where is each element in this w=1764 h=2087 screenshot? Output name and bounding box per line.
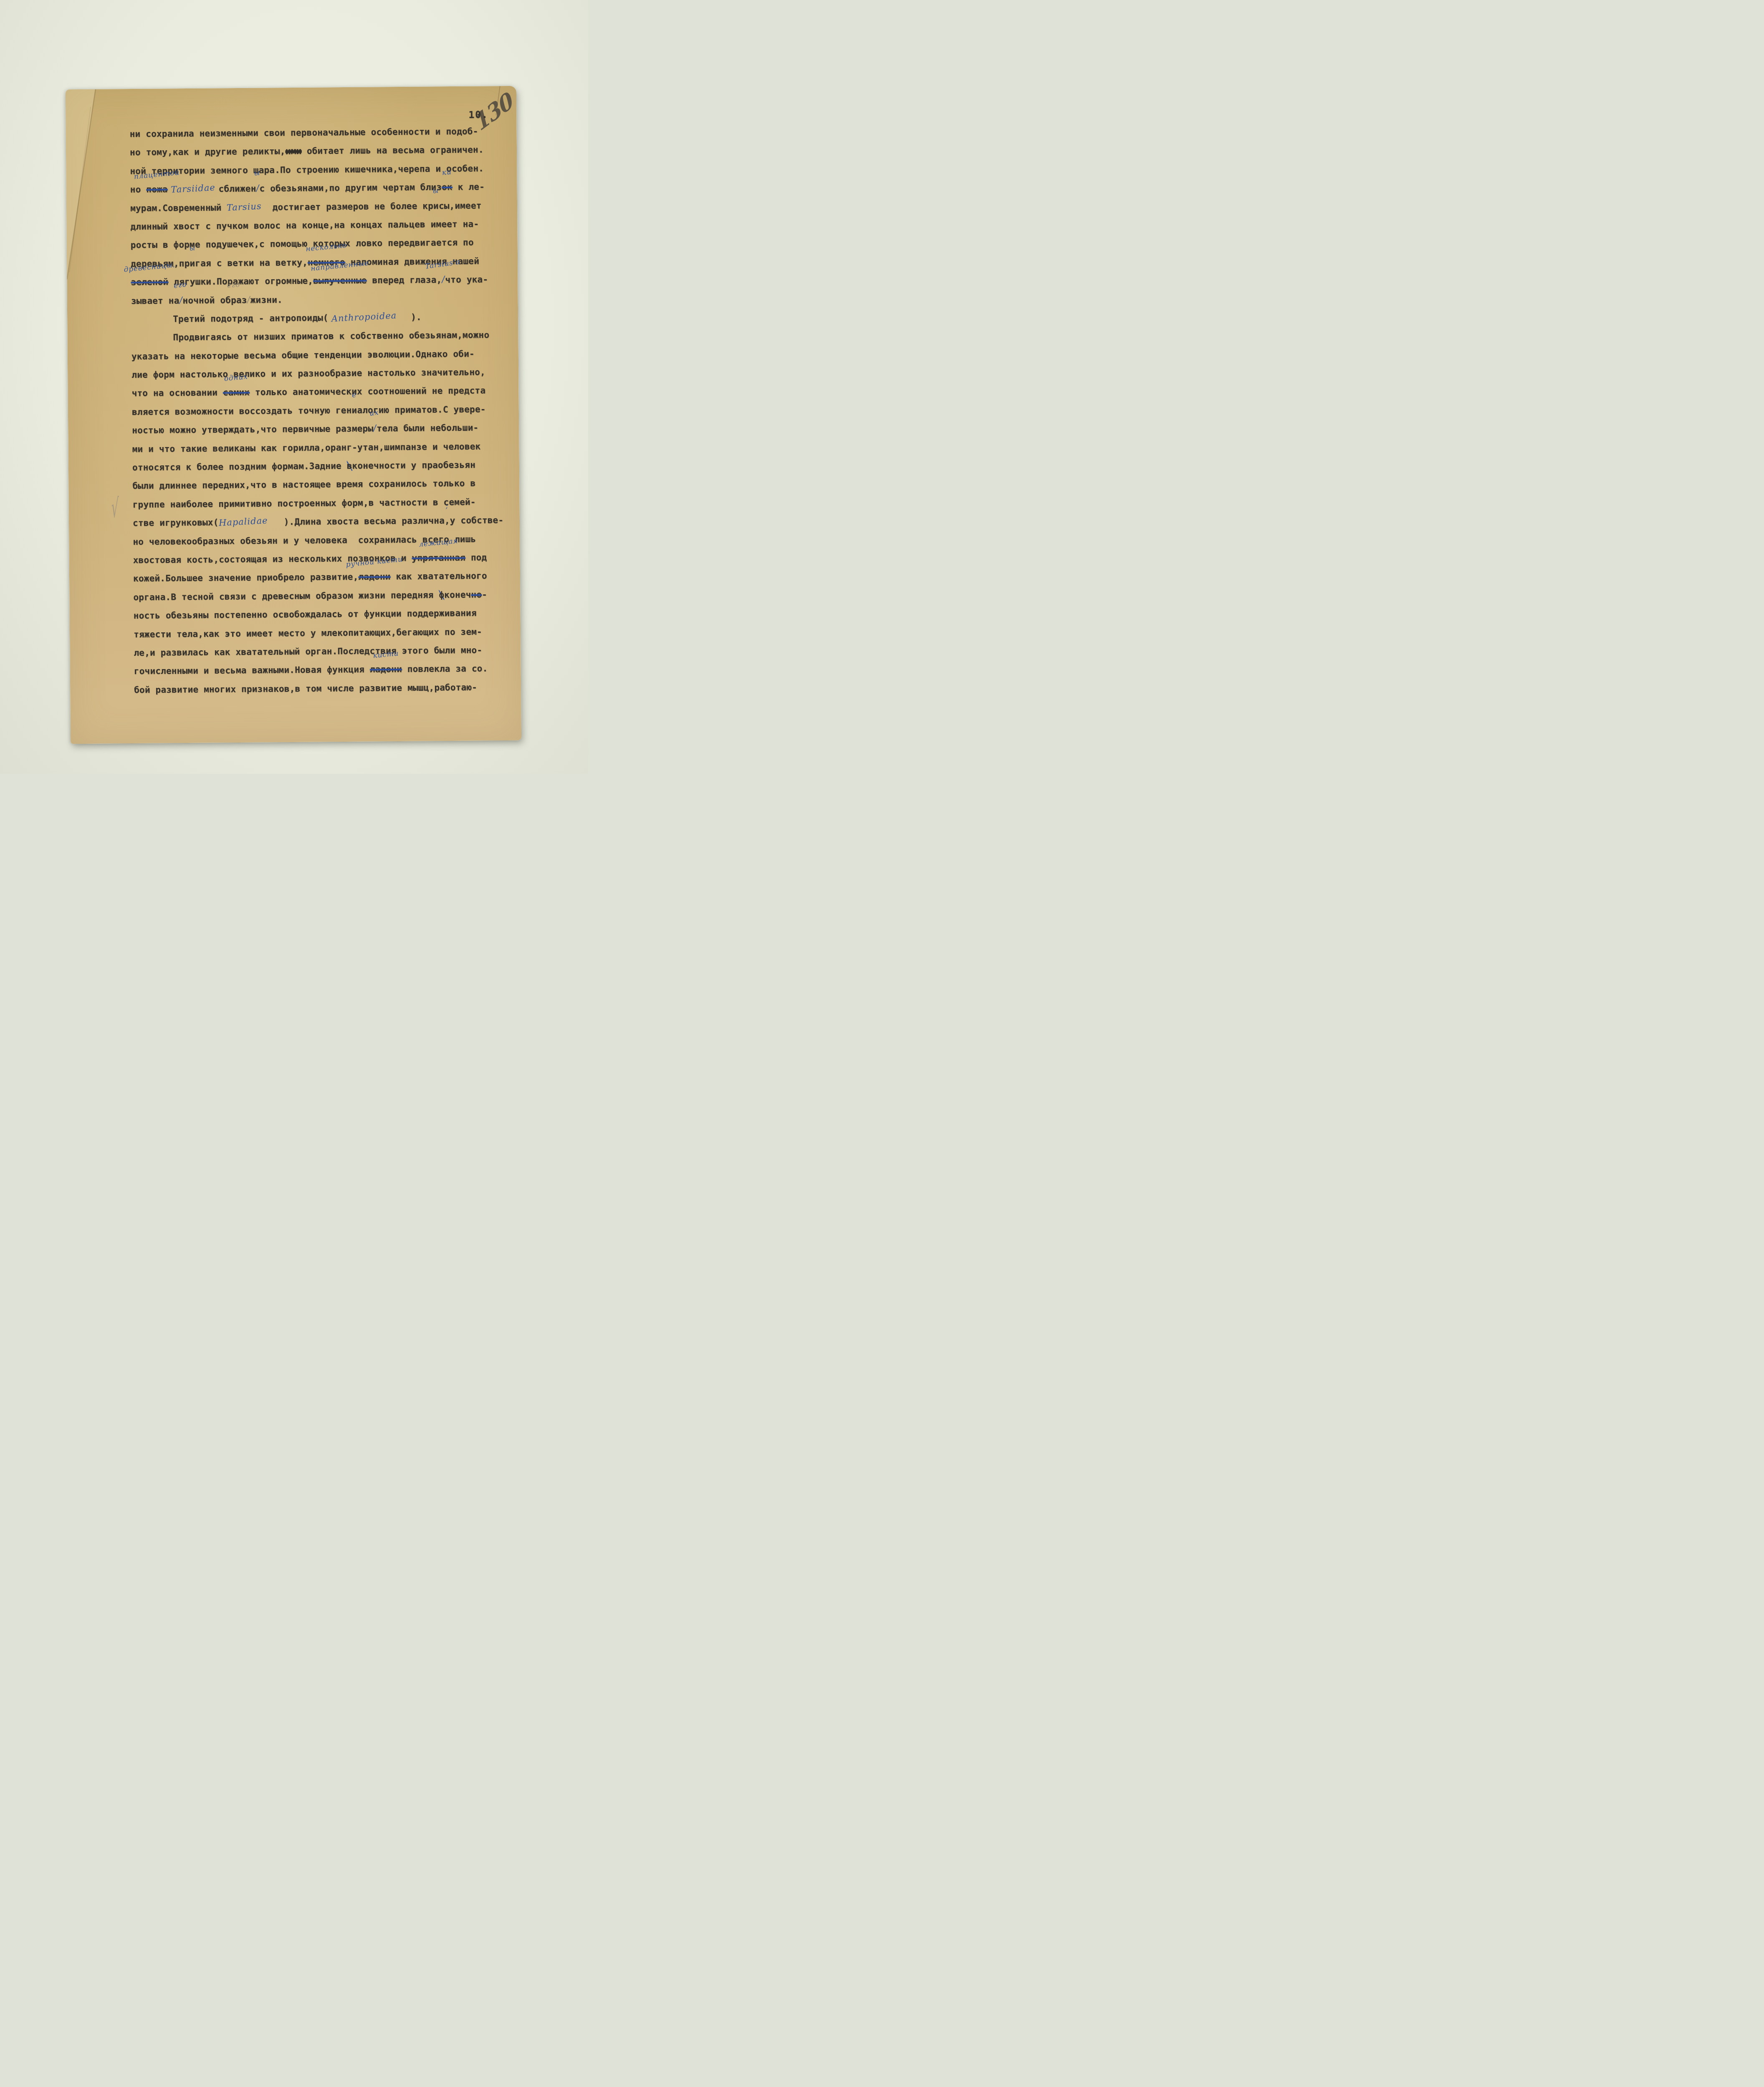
- typed-text: росты в форме подушечек,с помощью которы…: [131, 238, 474, 250]
- typed-text: напоминая движения нашей: [345, 256, 479, 267]
- typed-text: ие: [351, 401, 357, 420]
- handwritten-ink-text: Tarsius: [226, 197, 262, 217]
- typed-text: вляется возможности воссоздать точную ге…: [132, 405, 352, 417]
- typed-text: стве игрунковых(: [133, 518, 219, 528]
- typed-text: относятся к более поздним формам.Задние: [132, 461, 347, 472]
- typed-text: жизни.: [250, 295, 283, 305]
- ink-struck-word: ладоникисти: [370, 660, 402, 679]
- handwritten-ink-text: ∕его: [179, 291, 183, 309]
- typed-text: гая с ветки на ветку,: [195, 257, 308, 268]
- typed-line: хвостовая кость,состоящая из нескольких …: [133, 548, 519, 570]
- typed-text: но человекообразных обезьян и у человека…: [133, 534, 476, 546]
- typed-text: были длиннее передних,что в настоящее вр…: [132, 478, 475, 491]
- handwritten-ink-text: ∕их: [373, 419, 377, 438]
- typed-text: что ука-: [445, 274, 488, 285]
- typed-text: гочисленными и весьма важными.Новая функ…: [134, 665, 370, 676]
- typed-line: Продвигаясь от низших приматов к собстве…: [131, 326, 517, 347]
- typed-text: деревьям,пр: [131, 258, 190, 269]
- typed-text: но: [130, 184, 147, 195]
- overtyped-struck-word: ими: [285, 146, 301, 156]
- typed-line: были длиннее передних,что в настоящее вр…: [132, 474, 518, 495]
- typed-text: но тому,как и другие реликты,: [130, 147, 286, 158]
- typed-text: длинный хвост с пучком волос на конце,на…: [130, 219, 479, 232]
- typed-text: ночной: [182, 295, 220, 306]
- typed-line: ле,и развилась как хватательный орган.По…: [134, 641, 519, 662]
- typed-line: ми и что такие великаны как горилла,оран…: [132, 437, 518, 458]
- ink-struck-word: самиходних: [223, 383, 250, 402]
- typed-text: вперед глаза,: [366, 275, 442, 285]
- scan-background: 130 10. √ ни сохранила неизменными свои …: [0, 0, 588, 774]
- typed-line: вляется возможности воссоздать точную ге…: [132, 400, 518, 422]
- typed-text: достигает размеров не более кр: [262, 201, 433, 212]
- typed-text: у собстве-: [450, 515, 504, 526]
- typed-line: но пожаплацентой Tarsiidae сближен∕ыс об…: [130, 177, 516, 199]
- typed-text: ).: [400, 312, 422, 322]
- typed-line: ной территории земного шара.По строению …: [130, 159, 516, 181]
- typed-line: Третий подотряд - антропоиды( Anthropoid…: [131, 307, 517, 329]
- typed-line: ность обезьяны постепенно освобождалась …: [134, 604, 519, 625]
- typed-line: группе наиболее примитивно построенных ф…: [133, 493, 518, 514]
- typed-line: кожей.Большее значение приобрело развити…: [133, 566, 519, 588]
- handwritten-ink-text: Hapalidae: [218, 511, 268, 532]
- ink-struck-word: немногонесколько: [308, 253, 345, 272]
- typed-text-block: ни сохранила неизменными свои первоначал…: [130, 122, 520, 699]
- typed-text: зывает на: [131, 296, 179, 306]
- typed-text: к ле-: [452, 182, 485, 192]
- handwritten-ink-text: ∕Tarsius’а: [441, 270, 445, 289]
- typed-text: мурам.Современный: [130, 202, 227, 213]
- handwritten-ink-text: ∕ы: [255, 179, 260, 198]
- typed-text: Третий подотряд - антропоиды(: [173, 313, 329, 324]
- ink-slashed-letter: ф: [439, 590, 444, 600]
- typed-line: но тому,как и другие реликты,ими обитает…: [130, 140, 516, 162]
- typed-page-number: 10.: [468, 109, 488, 120]
- typed-text: органа.В тесной связи с древесным образо…: [133, 590, 439, 602]
- typed-text: сближен: [218, 184, 256, 194]
- typed-text: бой развитие многих признаков,в том числ…: [134, 682, 477, 695]
- typed-text: Продвигаясь от низших приматов к собстве…: [173, 330, 489, 343]
- typed-line: указать на некоторые весьма общие тенден…: [131, 344, 517, 366]
- ink-struck-word: окки: [442, 178, 452, 197]
- typed-line: длинный хвост с пучком волос на конце,на…: [130, 215, 516, 236]
- typed-text: группе наиболее примитивно построенных ф…: [133, 497, 476, 509]
- typed-text: кожей.Большее значение приобрело развити…: [133, 572, 359, 584]
- typed-text: ной территории земного шара.По строению …: [130, 163, 484, 176]
- ink-struck-word: но: [471, 589, 482, 599]
- typed-text: тела были небольши-: [377, 423, 478, 434]
- typed-line: мурам.Современный Tarsius достигает разм…: [130, 196, 516, 217]
- typed-line: органа.В тесной связи с древесным образо…: [133, 585, 519, 607]
- typed-text: ни сохранила неизменными свои первоначал…: [130, 126, 478, 139]
- ink-struck-word: зеленойдревесницы.: [131, 273, 168, 291]
- typed-text: как хватательного: [390, 571, 487, 582]
- folded-corner: [66, 89, 97, 280]
- fold-crease-line-2: [68, 107, 92, 272]
- typed-line: стве игрунковых(Hapalidae ).Длина хвоста…: [133, 511, 518, 533]
- typed-text: лие форм настолько велико и их разнообра…: [131, 367, 485, 380]
- typed-text: только анатомических соотношений не пред…: [250, 386, 485, 397]
- fold-crease-line: [66, 89, 97, 280]
- typed-text: с обезьянами,по другим чертам близ: [259, 182, 442, 193]
- typed-line: но человекообразных обезьян и у человека…: [133, 529, 518, 551]
- ink-slashed-letter: в: [347, 461, 352, 471]
- typed-text: повлекла за со.: [402, 664, 488, 675]
- typed-text: сы,имеет: [439, 200, 482, 211]
- typed-text: иы: [433, 197, 439, 215]
- typed-text: обитает лишь на весьма ограничен.: [301, 145, 484, 156]
- typed-text: иы: [190, 254, 195, 273]
- typed-text: конечности у праобезьян: [352, 460, 475, 471]
- typed-text: ).Длина хвоста весьма различна: [268, 515, 445, 527]
- handwritten-pencil-mark: ∕: [246, 290, 250, 309]
- typed-line: лие форм настолько велико и их разнообра…: [131, 363, 517, 384]
- typed-text: конеч: [444, 589, 471, 600]
- typed-text: под: [465, 552, 487, 562]
- typed-line: тяжести тела,как это имеет место у млеко…: [134, 622, 519, 644]
- handwritten-ink-text: Tarsiidae: [167, 178, 219, 200]
- typed-line: что на основании самиходних только анато…: [131, 381, 517, 403]
- typed-line: ни сохранила неизменными свои первоначал…: [130, 122, 516, 144]
- typed-line: деревьям,приыгая с ветки на ветку,немног…: [131, 252, 516, 273]
- typed-text: хвостовая кость,состоящая из нескольких …: [133, 553, 412, 565]
- typed-text: алогию приматов.С увере-: [357, 404, 485, 415]
- typed-text: лягушки.Поражают огромные,: [168, 276, 313, 287]
- typed-text: ностью можно утверждать,что первичные ра…: [132, 424, 373, 436]
- handwritten-ink-text: Anthropoidea: [328, 306, 401, 328]
- ink-struck-word: выпученныенаправленные: [313, 271, 367, 290]
- typed-line: бой развитие многих признаков,в том числ…: [134, 677, 520, 699]
- ink-struck-word: упрятаннаялежащая: [412, 548, 465, 567]
- document-page: 130 10. √ ни сохранила неизменными свои …: [66, 86, 521, 744]
- typed-line: ностью можно утверждать,что первичные ра…: [132, 418, 518, 440]
- ink-struck-word: ладониручной кисти: [358, 568, 390, 586]
- typed-text: ,;: [445, 511, 450, 530]
- typed-text: ми и что такие великаны как горилла,оран…: [132, 441, 481, 454]
- typed-text: ле,и развилась как хватательный орган.По…: [134, 645, 482, 658]
- margin-checkmark: √: [111, 492, 119, 525]
- ink-struck-word: пожаплацентой: [146, 180, 168, 199]
- typed-line: зеленойдревесницы. лягушки.Поражают огро…: [131, 270, 516, 292]
- typed-text: указать на некоторые весьма общие тенден…: [131, 349, 475, 361]
- typed-line: росты в форме подушечек,с помощью которы…: [131, 233, 516, 255]
- typed-text: что на основании: [131, 388, 223, 399]
- typed-text: образего: [220, 291, 247, 309]
- typed-line: гочисленными и весьма важными.Новая функ…: [134, 659, 520, 681]
- typed-line: зывает на∕егоночной образего∕жизни.: [131, 288, 517, 310]
- typed-text: тяжести тела,как это имеет место у млеко…: [134, 627, 482, 639]
- typed-text: ность обезьяны постепенно освобождалась …: [134, 608, 477, 621]
- typed-text: -: [482, 589, 487, 599]
- typed-line: относятся к более поздним формам.Задние …: [132, 455, 518, 477]
